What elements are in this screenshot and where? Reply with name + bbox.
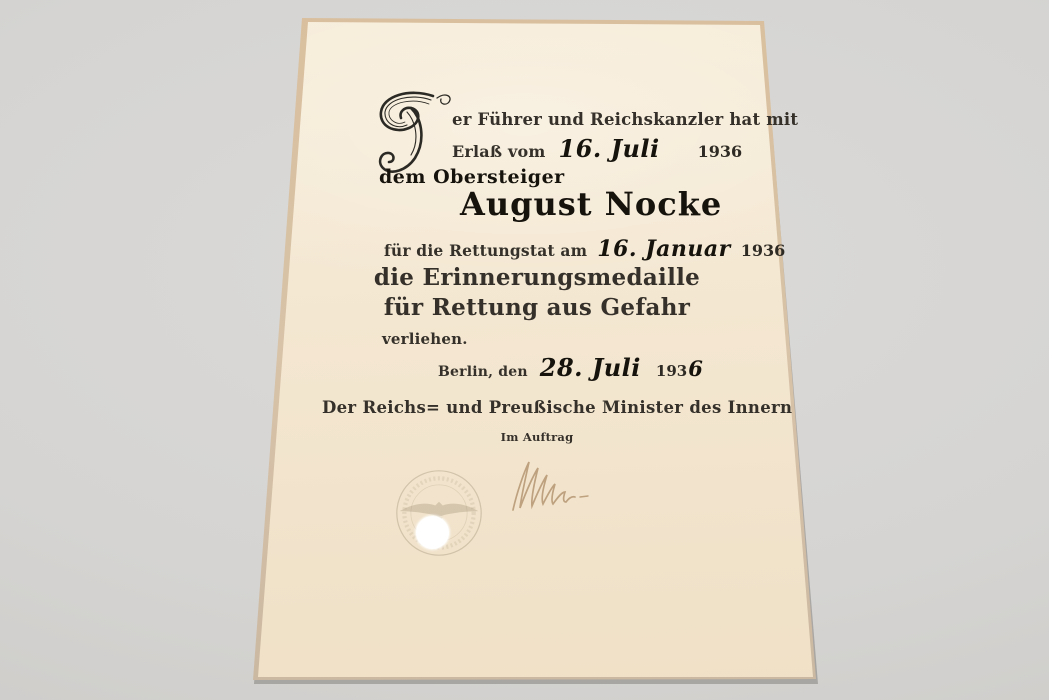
minister-line: Der Reichs= und Preußische Minister des …	[322, 400, 752, 417]
issue-year-written: 6	[688, 358, 703, 379]
deed-date: 16. Januar	[597, 238, 730, 260]
by-order-line: Im Auftrag	[322, 432, 752, 444]
signature-icon	[505, 452, 593, 518]
issue-date: 28. Juli	[540, 356, 641, 380]
award-purpose-line: für Rettung aus Gefahr	[322, 296, 752, 319]
award-medal-line: die Erinnerungsmedaille	[322, 266, 752, 289]
place-date-line: Berlin, den 28. Juli 193 6	[438, 356, 703, 380]
opening-line: er Führer und Reichskanzler hat mit	[452, 112, 798, 129]
place-label: Berlin, den	[438, 365, 528, 379]
conferred-line: verliehen.	[382, 332, 468, 347]
photo-scene: er Führer und Reichskanzler hat mit Erla…	[0, 0, 1049, 700]
deed-date-line: für die Rettungstat am 16. Januar 1936	[384, 238, 785, 260]
issue-year-printed: 193	[656, 364, 687, 379]
certificate-text: er Führer und Reichskanzler hat mit Erla…	[0, 0, 1049, 700]
decree-date-line: Erlaß vom 16. Juli 1936	[452, 137, 742, 161]
deed-label: für die Rettungstat am	[384, 243, 587, 259]
deed-year: 1936	[741, 243, 786, 259]
recipient-name: August Nocke	[460, 188, 722, 220]
decree-year: 1936	[698, 144, 743, 160]
punch-hole-icon	[416, 516, 449, 549]
decree-date: 16. Juli	[559, 137, 660, 161]
decree-label: Erlaß vom	[452, 144, 546, 160]
